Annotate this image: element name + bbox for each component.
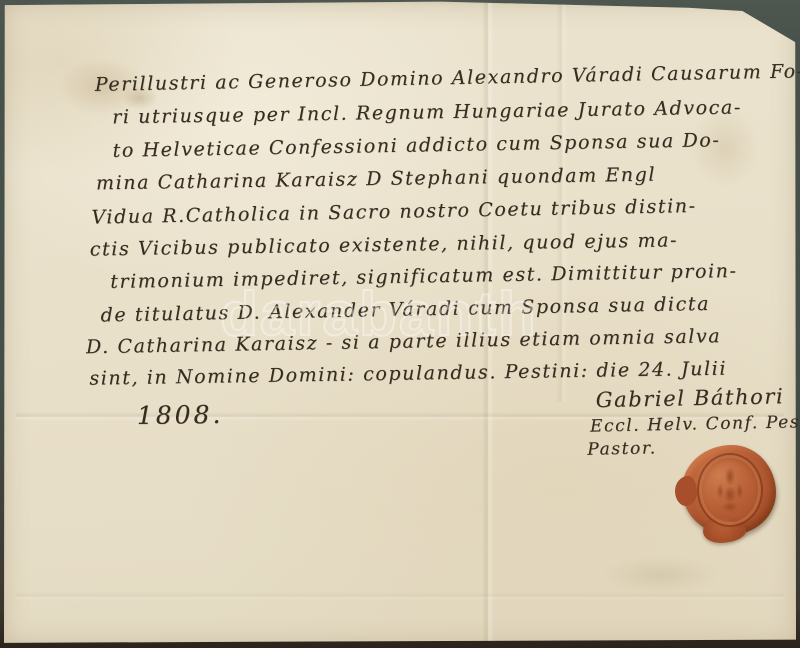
seal-coat-of-arms: [708, 462, 753, 518]
signature-title: Eccl. Helv. Conf. Pestiensis: [590, 411, 800, 437]
document-line: ctis Vicibus publicato existente, nihil,…: [90, 229, 679, 260]
handwritten-text-block: Perillustri ac Generoso Domino Alexandro…: [0, 0, 800, 648]
document-line: to Helveticae Confessioni addicto cum Sp…: [112, 129, 720, 162]
seal-oval-ring: [697, 453, 763, 527]
document-line: Perillustri ac Generoso Domino Alexandro…: [95, 60, 800, 96]
red-wax-seal: [682, 445, 776, 535]
document-line: mina Catharina Karaisz D Stephani quonda…: [96, 164, 656, 195]
document-line: trimonium impediret, significatum est. D…: [110, 260, 738, 293]
document-line: Vidua R.Catholica in Sacro nostro Coetu …: [91, 195, 697, 229]
signature-role: Pastor.: [587, 438, 657, 459]
document-line: sint, in Nomine Domini: copulandus. Pest…: [89, 358, 727, 390]
document-line: D. Catharina Karaisz - si a parte illius…: [86, 325, 722, 358]
document-year: 1808.: [137, 400, 224, 430]
document-line: de titulatus D. Alexander Váradi cum Spo…: [100, 293, 710, 327]
document-line: ri utriusque per Incl. Regnum Hungariae …: [112, 96, 742, 128]
signature-name: Gabriel Báthori: [595, 384, 784, 412]
scanned-document-photo: Perillustri ac Generoso Domino Alexandro…: [0, 0, 800, 648]
